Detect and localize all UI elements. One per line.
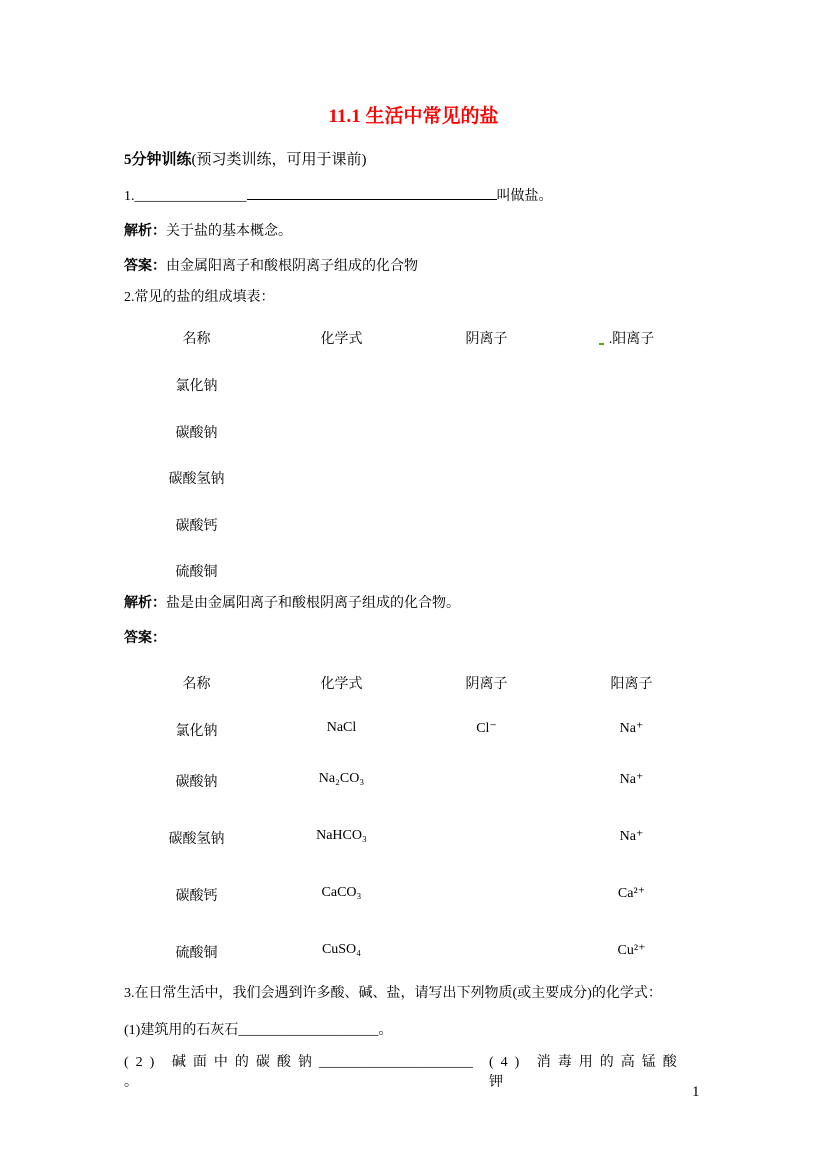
document-page: 11.1 生活中常见的盐 5分钟训练(预习类训练，可用于课前) 1.______… xyxy=(0,0,827,1170)
table-cell: Na⁺ xyxy=(559,714,704,765)
table-cell: Na₂CO₃ xyxy=(269,765,414,822)
analysis-text: 关于盐的基本概念。 xyxy=(166,224,292,239)
table-cell: 碳酸钠 xyxy=(124,410,269,456)
table-cell: NaCl xyxy=(269,714,414,765)
q3-item2: (2) 碱面中的碳酸钠______________________ 。 xyxy=(124,1053,489,1093)
salts-blank-table: 名称化学式阴离子.阳离子氯化钠碳酸钠碳酸氢钠碳酸钙硫酸铜 xyxy=(124,316,703,588)
table-cell: Na⁺ xyxy=(559,822,704,879)
section-heading-note: (预习类训练，可用于课前) xyxy=(192,152,367,168)
q2-analysis: 解析：盐是由金属阳离子和酸根阴离子组成的化合物。 xyxy=(124,594,703,614)
table-cell: 硫酸铜 xyxy=(124,549,269,588)
table-cell: 碳酸钙 xyxy=(124,879,269,936)
table-header-cell: 化学式 xyxy=(269,667,414,714)
doc-title: 11.1 生活中常见的盐 xyxy=(124,104,703,130)
table-cell xyxy=(269,410,414,456)
table-cell xyxy=(414,822,559,879)
page-content: 11.1 生活中常见的盐 5分钟训练(预习类训练，可用于课前) 1.______… xyxy=(0,0,827,1093)
salts-answer-table: 名称化学式阴离子阳离子氯化钠NaClCl⁻Na⁺碳酸钠Na₂CO₃Na⁺碳酸氢钠… xyxy=(124,667,703,979)
q3-item1-period: 。 xyxy=(378,1023,392,1038)
table-header-cell: 名称 xyxy=(124,667,269,714)
question-1-blank-line xyxy=(247,186,497,200)
table-cell: NaHCO₃ xyxy=(269,822,414,879)
analysis-label: 解析： xyxy=(124,224,166,239)
q3-item1-text: (1)建筑用的石灰石 xyxy=(124,1023,238,1038)
question-3-prompt: 3.在日常生活中，我们会遇到许多酸、碱、盐，请写出下列物质(或主要成分)的化学式… xyxy=(124,984,703,1004)
table-cell xyxy=(559,503,704,549)
q1-answer: 答案：由金属阳离子和酸根阴离子组成的化合物 xyxy=(124,257,703,277)
table-cell xyxy=(559,410,704,456)
table-cell: 碳酸氢钠 xyxy=(124,822,269,879)
table-cell: 碳酸氢钠 xyxy=(124,456,269,503)
table-cell: Ca²⁺ xyxy=(559,879,704,936)
table-cell: 硫酸铜 xyxy=(124,936,269,979)
table-cell: 碳酸钠 xyxy=(124,765,269,822)
section-heading: 5分钟训练(预习类训练，可用于课前) xyxy=(124,150,703,171)
question-1: 1.________________叫做盐。 xyxy=(124,186,703,207)
answer-label: 答案： xyxy=(124,259,166,274)
table-cell xyxy=(559,456,704,503)
table-cell xyxy=(269,503,414,549)
analysis-label: 解析： xyxy=(124,596,166,611)
page-number: 1 xyxy=(692,1084,700,1101)
table-header-cell: 名称 xyxy=(124,316,269,363)
table-cell: Na⁺ xyxy=(559,765,704,822)
table-cell xyxy=(414,456,559,503)
question-1-number: 1. xyxy=(124,189,135,204)
table-cell xyxy=(414,879,559,936)
table-cell: CaCO₃ xyxy=(269,879,414,936)
answer-text: 由金属阳离子和酸根阴离子组成的化合物 xyxy=(166,259,418,274)
section-heading-bold: 5分钟训练 xyxy=(124,152,192,168)
question-3-item-1: (1)建筑用的石灰石____________________。 xyxy=(124,1021,703,1041)
answer-label: 答案： xyxy=(124,631,166,646)
table-header-cell: .阳离子 xyxy=(559,316,704,363)
q3-item2-period: 。 xyxy=(124,1075,138,1090)
table-cell: 氯化钠 xyxy=(124,714,269,765)
table-cell xyxy=(414,549,559,588)
table-cell xyxy=(269,549,414,588)
table-cell xyxy=(269,456,414,503)
q3-item2-text: (2) 碱面中的碳酸钠 xyxy=(124,1055,319,1070)
table-cell xyxy=(269,363,414,410)
question-1-blank-underscores: ________________ xyxy=(135,189,247,204)
table-cell xyxy=(414,503,559,549)
question-1-suffix: 叫做盐。 xyxy=(497,189,553,204)
question-3-item-2-and-4: (2) 碱面中的碳酸钠______________________ 。 (4) … xyxy=(124,1053,704,1093)
table-cell xyxy=(414,765,559,822)
q2-answer-label-line: 答案： xyxy=(124,629,703,649)
question-2-prompt: 2.常见的盐的组成填表： xyxy=(124,288,703,308)
table-cell: Cu²⁺ xyxy=(559,936,704,979)
table-cell xyxy=(414,363,559,410)
table-cell: CuSO₄ xyxy=(269,936,414,979)
table-cell xyxy=(559,549,704,588)
table-cell: 碳酸钙 xyxy=(124,503,269,549)
q3-item4-text: (4) 消毒用的高锰酸钾 xyxy=(489,1053,704,1093)
q1-analysis: 解析：关于盐的基本概念。 xyxy=(124,222,703,242)
analysis-text: 盐是由金属阳离子和酸根阴离子组成的化合物。 xyxy=(166,596,460,611)
table-cell: 氯化钠 xyxy=(124,363,269,410)
table-cell: Cl⁻ xyxy=(414,714,559,765)
table-cell xyxy=(414,410,559,456)
table-cell xyxy=(414,936,559,979)
table-header-cell: 阳离子 xyxy=(559,667,704,714)
table-cell xyxy=(559,363,704,410)
table-header-cell: 阴离子 xyxy=(414,316,559,363)
table-header-cell: 化学式 xyxy=(269,316,414,363)
q3-item2-blank: ______________________ xyxy=(319,1055,473,1070)
q3-item1-blank: ____________________ xyxy=(238,1023,378,1038)
table-header-cell: 阴离子 xyxy=(414,667,559,714)
